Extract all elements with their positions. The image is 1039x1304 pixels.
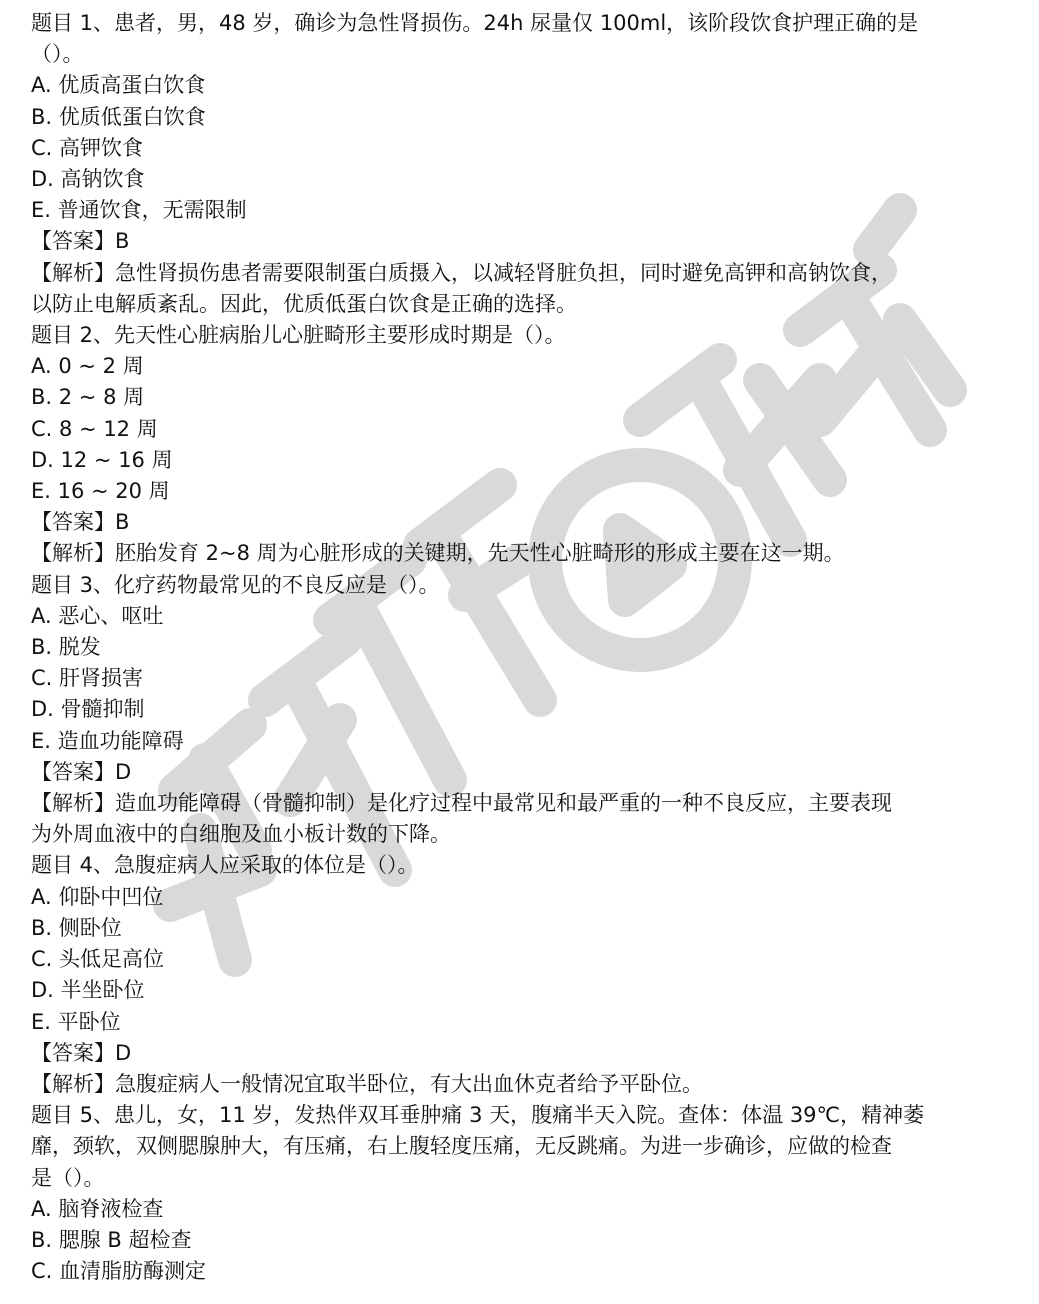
option-a: A. 0 ~ 2 周 [31, 351, 1021, 382]
option-a: A. 仰卧中凹位 [31, 882, 1021, 913]
question-2: 题目 2、先天性心脏病胎儿心脏畸形主要形成时期是（）。 A. 0 ~ 2 周 B… [31, 320, 1021, 570]
option-b: B. 2 ~ 8 周 [31, 382, 1021, 413]
analysis: 为外周血液中的白细胞及血小板计数的下降。 [31, 819, 1021, 850]
option-b: B. 侧卧位 [31, 913, 1021, 944]
option-b: B. 优质低蛋白饮食 [31, 102, 1021, 133]
question-5: 题目 5、患儿，女，11 岁，发热伴双耳垂肿痛 3 天，腹痛半天入院。查体：体温… [31, 1100, 1021, 1287]
analysis: 【解析】胚胎发育 2~8 周为心脏形成的关键期，先天性心脏畸形的形成主要在这一期… [31, 538, 1021, 569]
option-c: C. 肝肾损害 [31, 663, 1021, 694]
answer: 【答案】D [31, 757, 1021, 788]
analysis: 【解析】急性肾损伤患者需要限制蛋白质摄入，以减轻肾脏负担，同时避免高钾和高钠饮食… [31, 258, 1021, 289]
answer: 【答案】D [31, 1038, 1021, 1069]
option-d: D. 骨髓抑制 [31, 694, 1021, 725]
question-stem: 题目 1、患者，男，48 岁，确诊为急性肾损伤。24h 尿量仅 100ml，该阶… [31, 8, 1021, 39]
option-b: B. 脱发 [31, 632, 1021, 663]
option-c: C. 8 ~ 12 周 [31, 414, 1021, 445]
option-e: E. 平卧位 [31, 1007, 1021, 1038]
option-c: C. 血清脂肪酶测定 [31, 1256, 1021, 1287]
option-e: E. 造血功能障碍 [31, 726, 1021, 757]
analysis: 以防止电解质紊乱。因此，优质低蛋白饮食是正确的选择。 [31, 289, 1021, 320]
option-e: E. 普通饮食，无需限制 [31, 195, 1021, 226]
option-a: A. 脑脊液检查 [31, 1194, 1021, 1225]
option-e: E. 16 ~ 20 周 [31, 476, 1021, 507]
question-stem: 题目 5、患儿，女，11 岁，发热伴双耳垂肿痛 3 天，腹痛半天入院。查体：体温… [31, 1100, 1021, 1131]
option-c: C. 高钾饮食 [31, 133, 1021, 164]
question-4: 题目 4、急腹症病人应采取的体位是（）。 A. 仰卧中凹位 B. 侧卧位 C. … [31, 850, 1021, 1100]
option-d: D. 高钠饮食 [31, 164, 1021, 195]
option-a: A. 优质高蛋白饮食 [31, 70, 1021, 101]
question-stem: 题目 2、先天性心脏病胎儿心脏畸形主要形成时期是（）。 [31, 320, 1021, 351]
option-d: D. 半坐卧位 [31, 975, 1021, 1006]
option-d: D. 12 ~ 16 周 [31, 445, 1021, 476]
answer: 【答案】B [31, 226, 1021, 257]
analysis: 【解析】造血功能障碍（骨髓抑制）是化疗过程中最常见和最严重的一种不良反应，主要表… [31, 788, 1021, 819]
answer: 【答案】B [31, 507, 1021, 538]
option-c: C. 头低足高位 [31, 944, 1021, 975]
question-stem: 题目 4、急腹症病人应采取的体位是（）。 [31, 850, 1021, 881]
question-stem: （）。 [31, 39, 1021, 70]
question-stem: 是（）。 [31, 1163, 1021, 1194]
question-stem: 题目 3、化疗药物最常见的不良反应是（）。 [31, 570, 1021, 601]
option-b: B. 腮腺 B 超检查 [31, 1225, 1021, 1256]
analysis: 【解析】急腹症病人一般情况宜取半卧位，有大出血休克者给予平卧位。 [31, 1069, 1021, 1100]
question-1: 题目 1、患者，男，48 岁，确诊为急性肾损伤。24h 尿量仅 100ml，该阶… [31, 8, 1021, 320]
question-3: 题目 3、化疗药物最常见的不良反应是（）。 A. 恶心、呕吐 B. 脱发 C. … [31, 570, 1021, 851]
question-stem: 靡，颈软，双侧腮腺肿大，有压痛，右上腹轻度压痛，无反跳痛。为进一步确诊，应做的检… [31, 1131, 1021, 1162]
option-a: A. 恶心、呕吐 [31, 601, 1021, 632]
exam-document: 题目 1、患者，男，48 岁，确诊为急性肾损伤。24h 尿量仅 100ml，该阶… [31, 8, 1021, 1287]
